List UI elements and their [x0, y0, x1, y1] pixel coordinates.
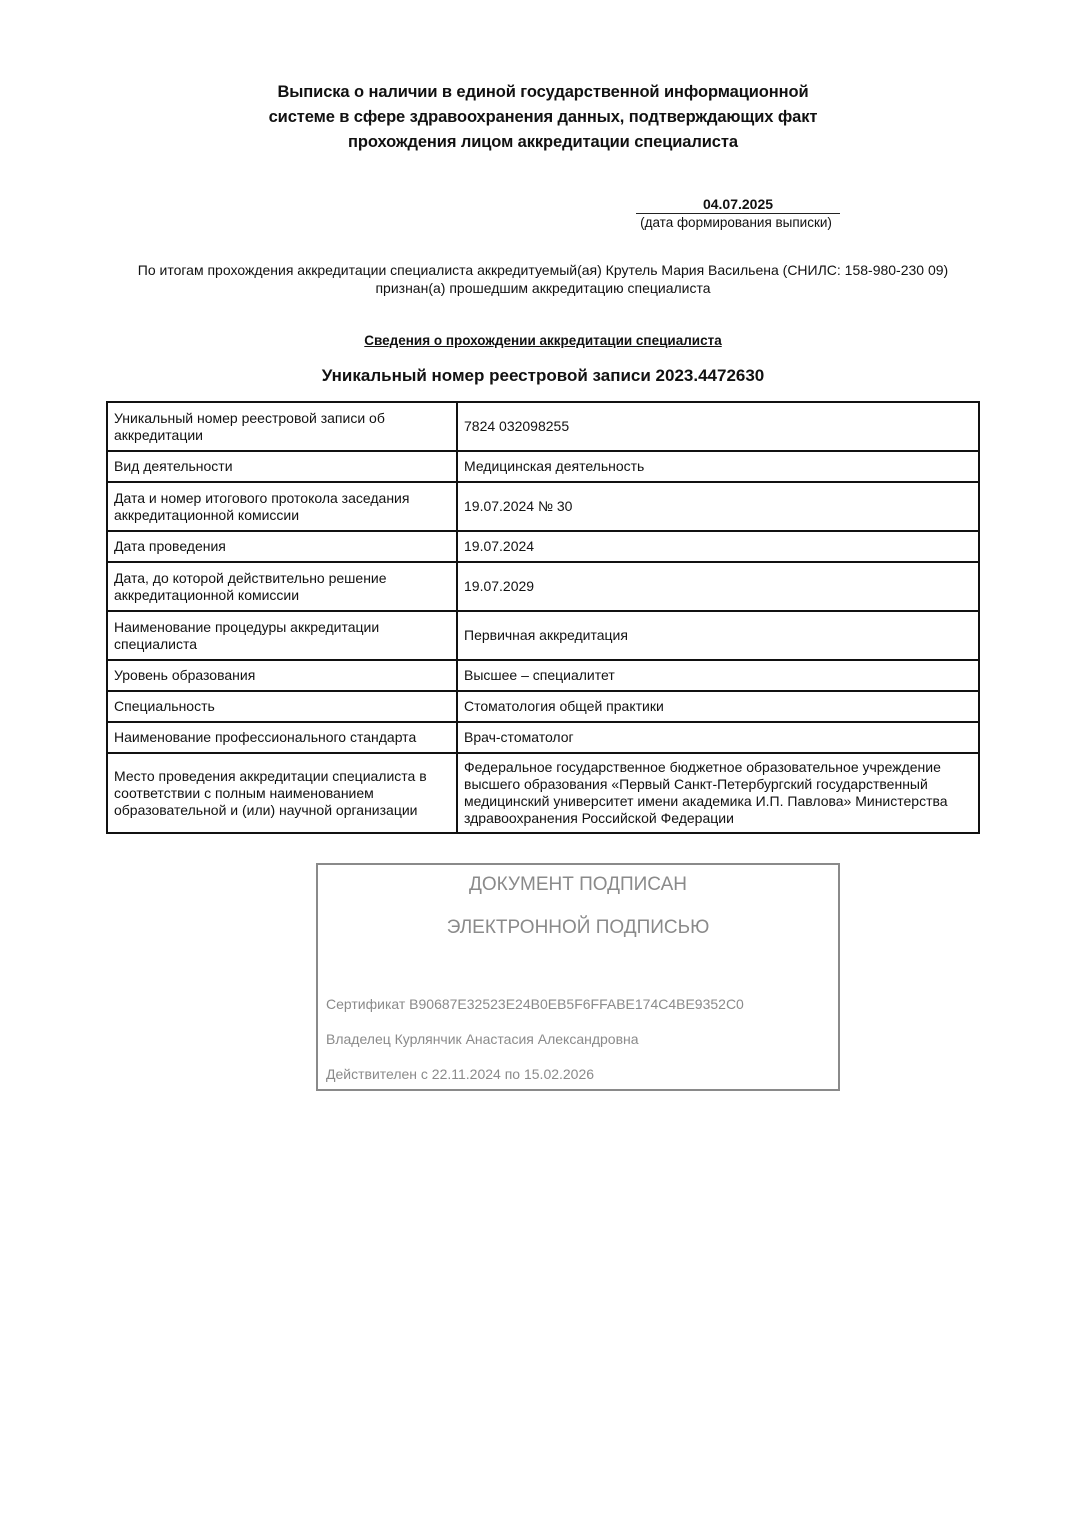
row-value: Врач-стоматолог	[457, 722, 979, 753]
row-label: Наименование профессионального стандарта	[107, 722, 457, 753]
issue-date: 04.07.2025	[636, 195, 840, 214]
table-row: Уровень образования Высшее – специалитет	[107, 660, 979, 691]
row-label: Уникальный номер реестровой записи об ак…	[107, 402, 457, 451]
document-title-line: системе в сфере здравоохранения данных, …	[0, 105, 1086, 130]
row-value: 19.07.2029	[457, 562, 979, 611]
issue-date-block: 04.07.2025 (дата формирования выписки)	[630, 195, 842, 232]
registry-number-heading: Уникальный номер реестровой записи 2023.…	[0, 366, 1086, 386]
table-row: Специальность Стоматология общей практик…	[107, 691, 979, 722]
signature-certificate: Сертификат B90687E32523E24B0EB5F6FFABE17…	[326, 996, 744, 1012]
row-label: Вид деятельности	[107, 451, 457, 482]
table-row: Дата проведения 19.07.2024	[107, 531, 979, 562]
signature-title-line1: ДОКУМЕНТ ПОДПИСАН	[318, 874, 838, 896]
row-label: Наименование процедуры аккредитации спец…	[107, 611, 457, 660]
issue-date-caption: (дата формирования выписки)	[630, 214, 842, 232]
table-row: Уникальный номер реестровой записи об ак…	[107, 402, 979, 451]
row-value: 7824 032098255	[457, 402, 979, 451]
document-title: Выписка о наличии в единой государственн…	[0, 80, 1086, 155]
signature-owner: Владелец Курлянчик Анастасия Александров…	[326, 1031, 639, 1047]
row-value: Медицинская деятельность	[457, 451, 979, 482]
intro-text: По итогам прохождения аккредитации специ…	[0, 262, 1086, 297]
document-title-line: Выписка о наличии в единой государственн…	[0, 80, 1086, 105]
row-label: Место проведения аккредитации специалист…	[107, 753, 457, 833]
row-label: Специальность	[107, 691, 457, 722]
table-row: Дата, до которой действительно решение а…	[107, 562, 979, 611]
table-row: Место проведения аккредитации специалист…	[107, 753, 979, 833]
signature-validity: Действителен с 22.11.2024 по 15.02.2026	[326, 1066, 594, 1082]
electronic-signature-stamp: ДОКУМЕНТ ПОДПИСАН ЭЛЕКТРОННОЙ ПОДПИСЬЮ С…	[316, 863, 840, 1091]
row-value: 19.07.2024 № 30	[457, 482, 979, 531]
row-label: Дата и номер итогового протокола заседан…	[107, 482, 457, 531]
row-value: Первичная аккредитация	[457, 611, 979, 660]
row-label: Дата проведения	[107, 531, 457, 562]
table-row: Дата и номер итогового протокола заседан…	[107, 482, 979, 531]
document-title-line: прохождения лицом аккредитации специалис…	[0, 130, 1086, 155]
table-row: Вид деятельности Медицинская деятельност…	[107, 451, 979, 482]
row-value: Высшее – специалитет	[457, 660, 979, 691]
table-row: Наименование профессионального стандарта…	[107, 722, 979, 753]
signature-title-line2: ЭЛЕКТРОННОЙ ПОДПИСЬЮ	[318, 917, 838, 939]
section-heading: Сведения о прохождении аккредитации спец…	[0, 333, 1086, 348]
row-value: 19.07.2024	[457, 531, 979, 562]
row-value: Стоматология общей практики	[457, 691, 979, 722]
intro-line: По итогам прохождения аккредитации специ…	[0, 262, 1086, 280]
row-value: Федеральное государственное бюджетное об…	[457, 753, 979, 833]
table-row: Наименование процедуры аккредитации спец…	[107, 611, 979, 660]
accreditation-table: Уникальный номер реестровой записи об ак…	[106, 401, 980, 834]
row-label: Уровень образования	[107, 660, 457, 691]
intro-line: признан(а) прошедшим аккредитацию специа…	[0, 280, 1086, 298]
row-label: Дата, до которой действительно решение а…	[107, 562, 457, 611]
